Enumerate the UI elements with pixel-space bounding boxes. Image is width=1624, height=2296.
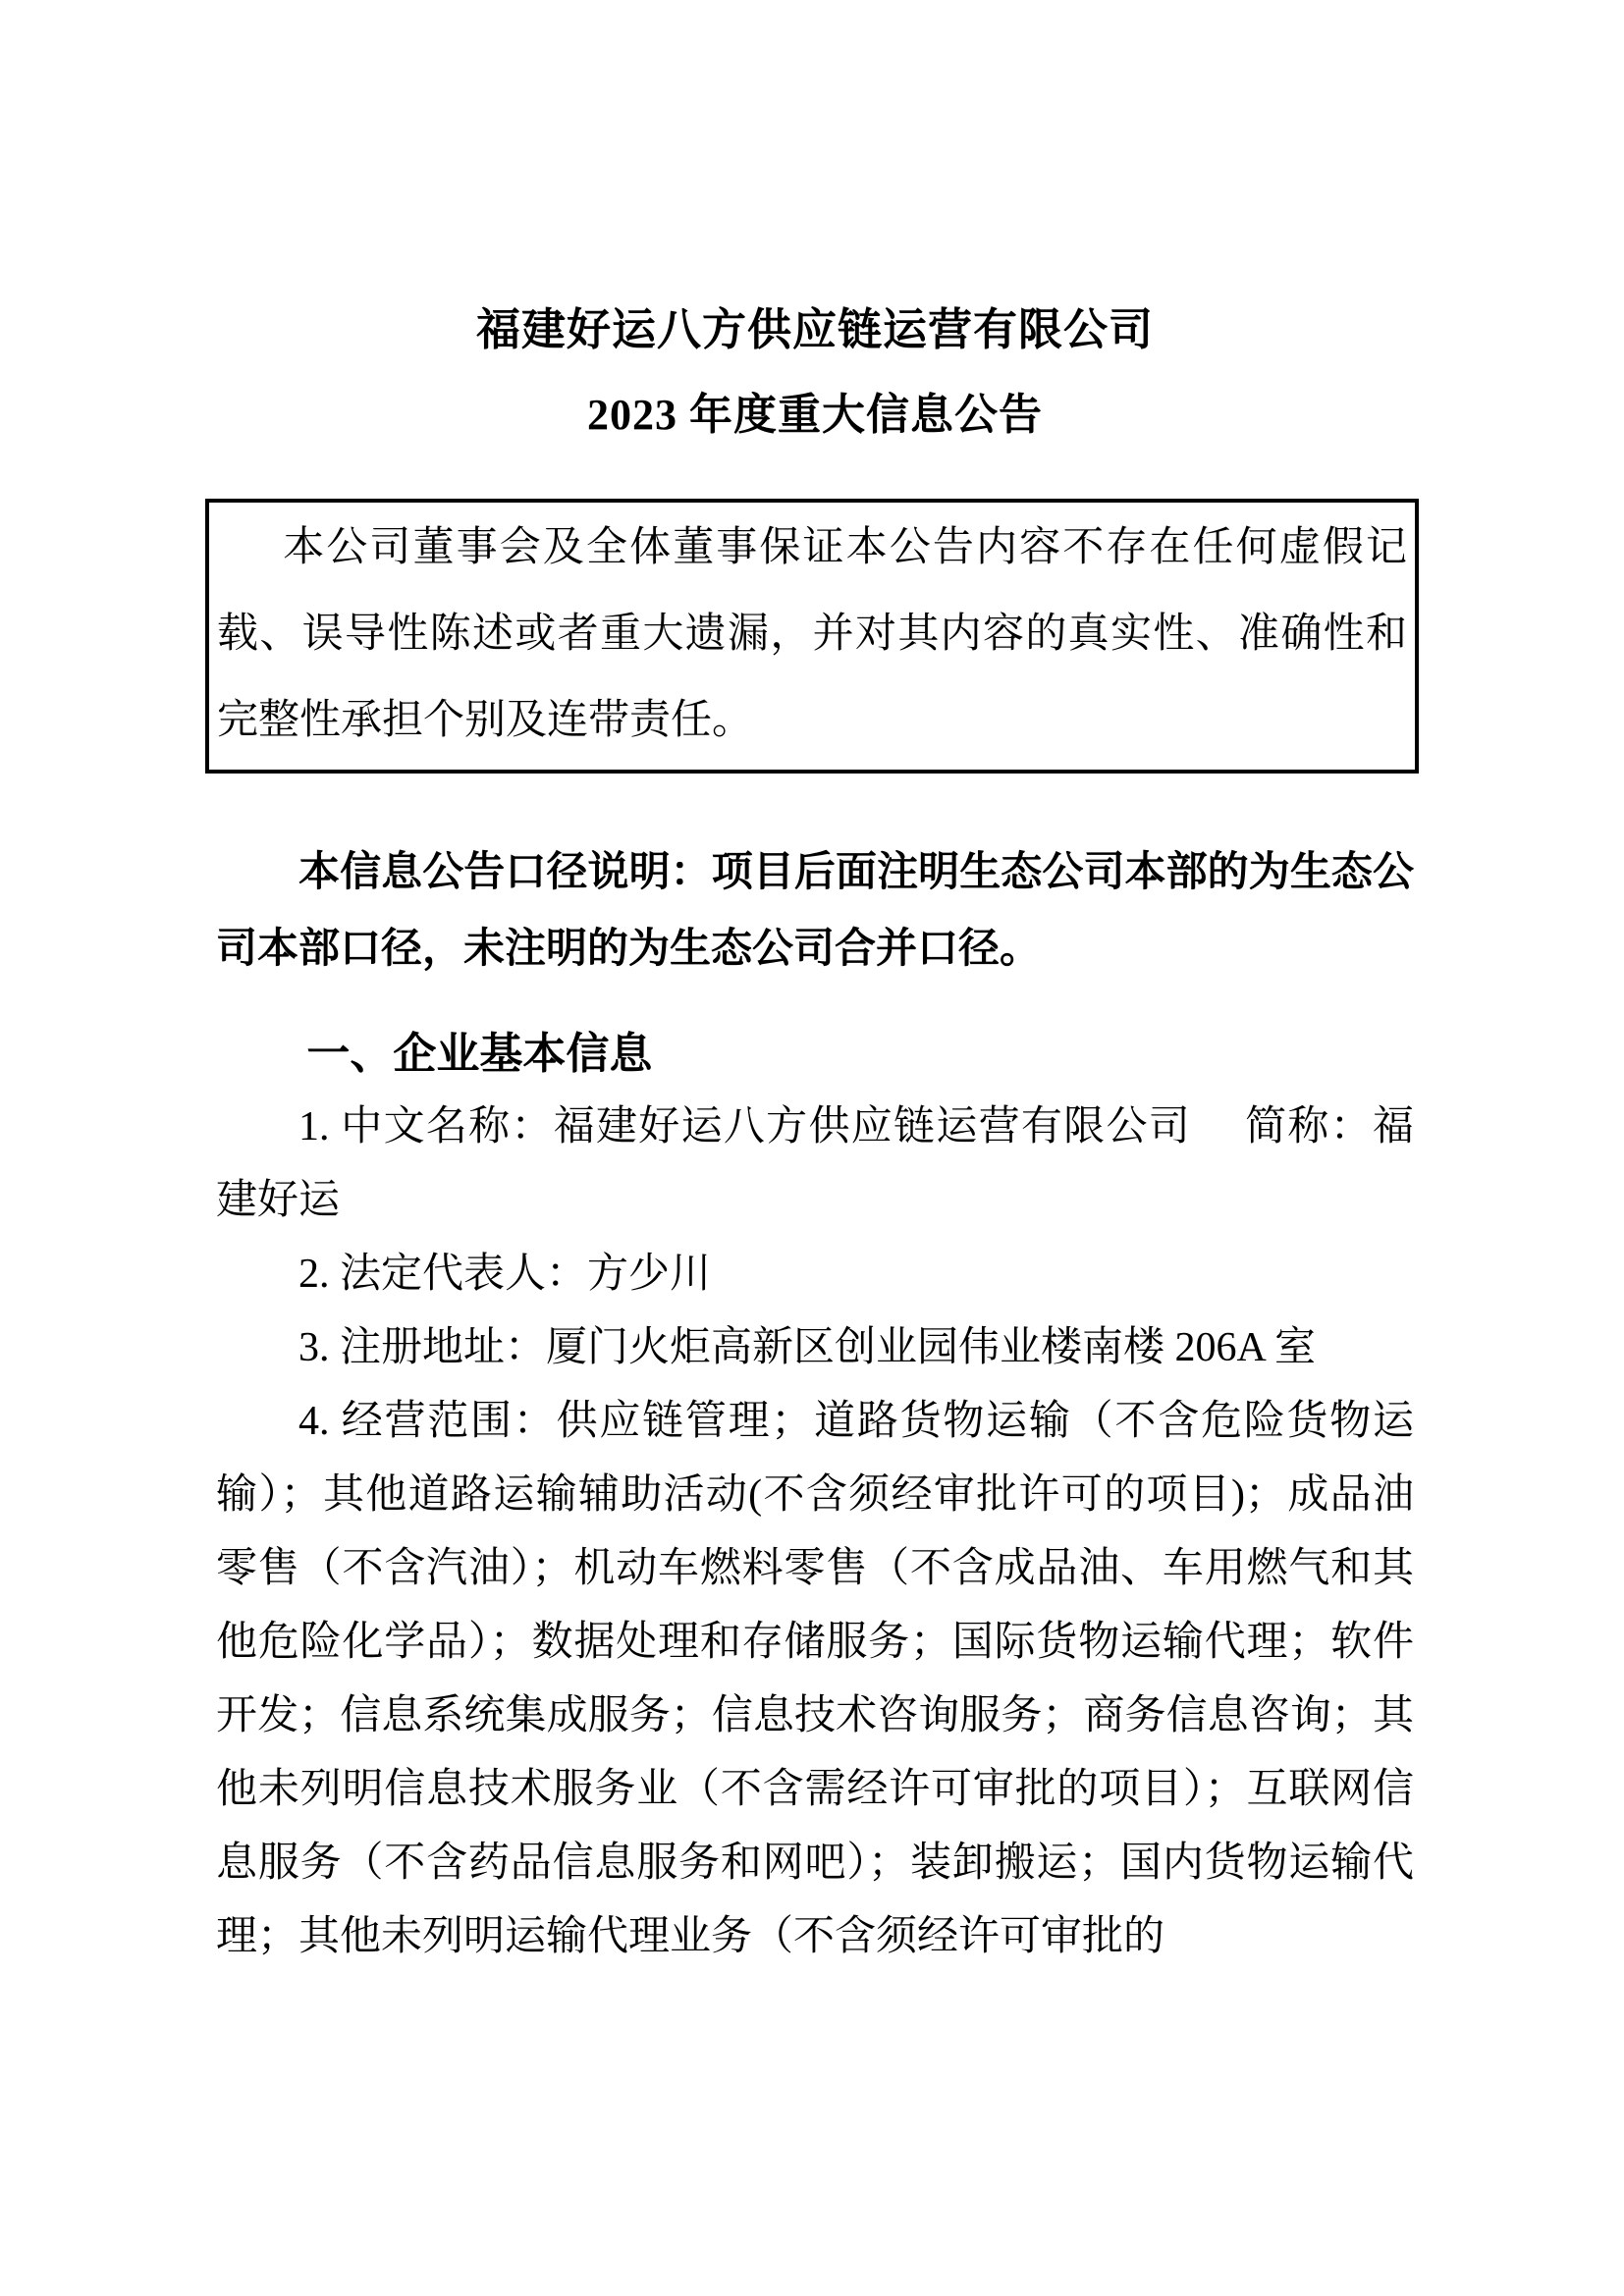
document-title: 福建好运八方供应链运营有限公司: [216, 307, 1414, 353]
item-business-scope: 4. 经营范围：供应链管理；道路货物运输（不含危险货物运输）；其他道路运输辅助活…: [216, 1385, 1414, 1974]
document-page: 福建好运八方供应链运营有限公司 2023 年度重大信息公告 本公司董事会及全体董…: [0, 0, 1624, 2296]
disclaimer-box: 本公司董事会及全体董事保证本公告内容不存在任何虚假记载、误导性陈述或者重大遗漏，…: [205, 499, 1419, 774]
caliber-note: 本信息公告口径说明：项目后面注明生态公司本部的为生态公司本部口径，未注明的为生态…: [216, 834, 1414, 988]
item-registered-address: 3. 注册地址：厦门火炬高新区创业园伟业楼南楼 206A 室: [216, 1311, 1414, 1385]
document-subtitle: 2023 年度重大信息公告: [216, 393, 1414, 438]
section-heading-basic-info: 一、企业基本信息: [216, 1017, 1414, 1091]
item-chinese-name: 1. 中文名称：福建好运八方供应链运营有限公司 简称：福建好运: [216, 1091, 1414, 1238]
disclaimer-text: 本公司董事会及全体董事保证本公告内容不存在任何虚假记载、误导性陈述或者重大遗漏，…: [217, 505, 1407, 764]
item-legal-representative: 2. 法定代表人：方少川: [216, 1238, 1414, 1311]
